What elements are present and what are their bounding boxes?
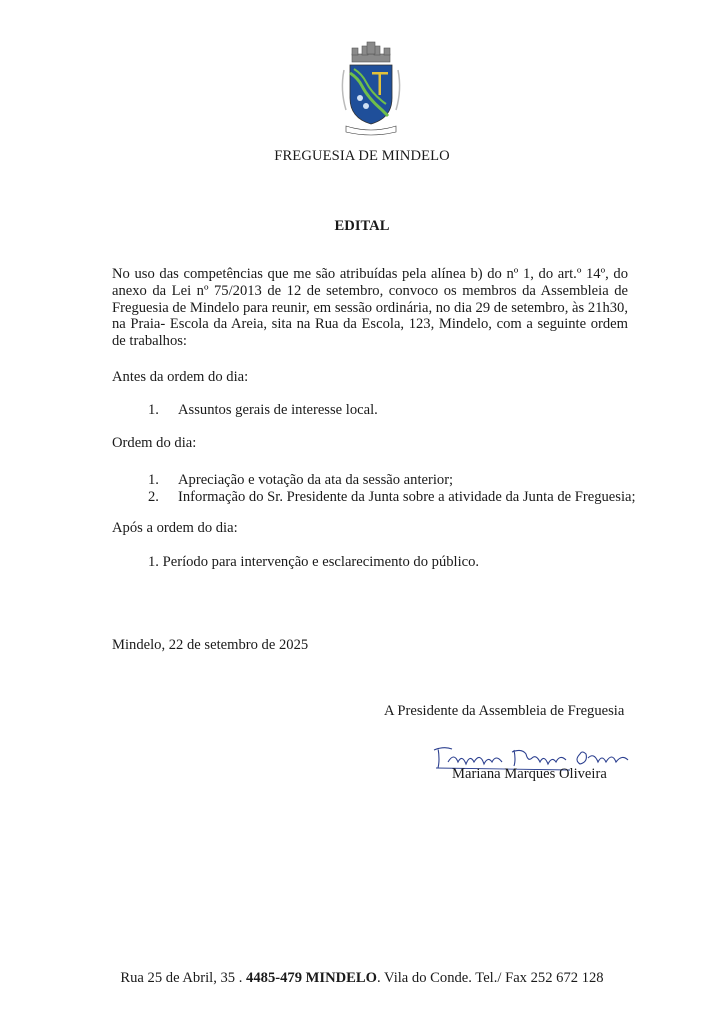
footer-address-suffix: . Vila do Conde. Tel./ Fax 252 672 128 (377, 970, 604, 986)
footer-address-prefix: Rua 25 de Abril, 35 . (120, 970, 246, 986)
list-item: 2. Informação do Sr. Presidente da Junta… (148, 489, 636, 506)
section-label-agenda: Ordem do dia: (112, 435, 196, 452)
intro-paragraph: No uso das competências que me são atrib… (112, 266, 628, 350)
list-number: 2. (148, 489, 178, 506)
list-number: 1. (148, 472, 178, 489)
place-date: Mindelo, 22 de setembro de 2025 (112, 637, 308, 654)
document-title: EDITAL (0, 218, 724, 235)
section-label-after-agenda: Após a ordem do dia: (112, 520, 238, 537)
signatory-name: Mariana Marques Oliveira (452, 766, 607, 783)
organization-name: FREGUESIA DE MINDELO (0, 148, 724, 165)
footer-address: Rua 25 de Abril, 35 . 4485-479 MINDELO. … (0, 970, 724, 987)
list-item: 1. Período para intervenção e esclarecim… (148, 554, 479, 571)
list-text: Apreciação e votação da ata da sessão an… (178, 472, 453, 489)
list-number: 1. (148, 554, 159, 570)
signatory-role: A Presidente da Assembleia de Freguesia (384, 703, 624, 720)
list-item: 1. Assuntos gerais de interesse local. (148, 402, 378, 419)
coat-of-arms-icon (338, 40, 404, 136)
footer-postal-code: 4485-479 MINDELO (246, 970, 377, 986)
list-text: Assuntos gerais de interesse local. (178, 402, 378, 419)
list-text: Período para intervenção e esclareciment… (163, 554, 479, 570)
list-item: 1. Apreciação e votação da ata da sessão… (148, 472, 453, 489)
list-text: Informação do Sr. Presidente da Junta so… (178, 489, 636, 506)
list-number: 1. (148, 402, 178, 419)
section-label-before-agenda: Antes da ordem do dia: (112, 369, 248, 386)
